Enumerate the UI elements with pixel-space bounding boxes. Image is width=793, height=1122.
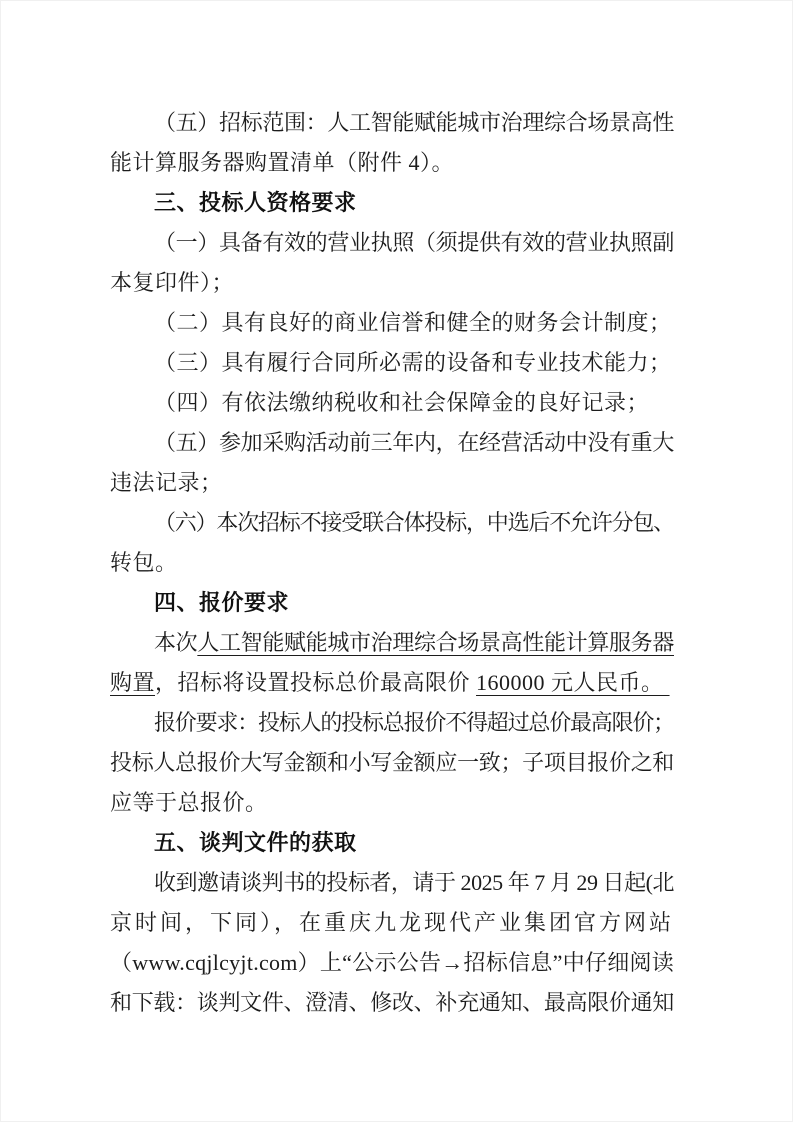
qualification-5-line-1: （五）参加采购活动前三年内，在经营活动中没有重大 — [110, 423, 674, 463]
document-obtain-text-1: 收到邀请谈判书的投标者，请于 2025 年 7 月 29 日起(北 — [154, 870, 674, 895]
tender-scope-text-1: （五）招标范围：人工智能赋能城市治理综合场景高性 — [154, 110, 674, 135]
section4-heading: 四、报价要求 — [110, 583, 674, 623]
price-limit-line-2: 购置，招标将设置投标总价最高限价 160000 元人民币。 — [110, 663, 674, 703]
price-limit-middle: ，招标将设置投标总价最高限价 — [155, 670, 476, 695]
document-body: （五）招标范围：人工智能赋能城市治理综合场景高性 能计算服务器购置清单（附件 4… — [110, 103, 674, 1023]
qualification-4-line: （四）有依法缴纳税收和社会保障金的良好记录； — [110, 383, 674, 423]
tender-scope-line-2: 能计算服务器购置清单（附件 4）。 — [110, 143, 674, 183]
qualification-2-line: （二）具有良好的商业信誉和健全的财务会计制度； — [110, 303, 674, 343]
document-obtain-line-1: 收到邀请谈判书的投标者，请于 2025 年 7 月 29 日起(北 — [110, 863, 674, 903]
qualification-1-line-1: （一）具备有效的营业执照（须提供有效的营业执照副 — [110, 223, 674, 263]
qualification-6-text-2: 转包。 — [110, 550, 178, 575]
document-obtain-line-4: 和下载：谈判文件、澄清、修改、补充通知、最高限价通知 — [110, 983, 674, 1023]
tender-scope-text-2: 能计算服务器购置清单（附件 4）。 — [110, 150, 454, 175]
qualification-5-line-2: 违法记录； — [110, 463, 674, 503]
quote-requirement-text-1: 报价要求：投标人的投标总报价不得超过总价最高限价； — [154, 710, 674, 735]
qualification-1-text-1: （一）具备有效的营业执照（须提供有效的营业执照副 — [154, 230, 674, 255]
document-obtain-line-3: （www.cqjlcyjt.com）上“公示公告→招标信息”中仔细阅读 — [110, 943, 674, 983]
quote-requirement-line-2: 投标人总报价大写金额和小写金额应一致；子项目报价之和 — [110, 743, 674, 783]
document-page: （五）招标范围：人工智能赋能城市治理综合场景高性 能计算服务器购置清单（附件 4… — [0, 0, 793, 1122]
quote-requirement-line-1: 报价要求：投标人的投标总报价不得超过总价最高限价； — [110, 703, 674, 743]
qualification-3-text: （三）具有履行合同所必需的设备和专业技术能力； — [154, 350, 672, 375]
project-name-underlined-cont: 购置 — [110, 670, 155, 695]
quote-requirement-text-2: 投标人总报价大写金额和小写金额应一致；子项目报价之和 — [110, 750, 674, 775]
document-obtain-line-2: 京时间，下同），在重庆九龙现代产业集团官方网站 — [110, 903, 674, 943]
qualification-1-line-2: 本复印件）； — [110, 263, 674, 303]
qualification-2-text: （二）具有良好的商业信誉和健全的财务会计制度； — [154, 310, 672, 335]
tender-scope-line-1: （五）招标范围：人工智能赋能城市治理综合场景高性 — [110, 103, 674, 143]
price-limit-prefix: 本次 — [154, 630, 197, 655]
quote-requirement-line-3: 应等于总报价。 — [110, 783, 674, 823]
document-obtain-text-4: 和下载：谈判文件、澄清、修改、补充通知、最高限价通知 — [110, 990, 674, 1015]
qualification-4-text: （四）有依法缴纳税收和社会保障金的良好记录； — [154, 390, 649, 415]
section3-heading: 三、投标人资格要求 — [110, 183, 674, 223]
price-limit-text-2: 购置，招标将设置投标总价最高限价 160000 元人民币。 — [110, 670, 670, 695]
price-limit-text-1: 本次人工智能赋能城市治理综合场景高性能计算服务器 — [154, 630, 674, 655]
max-price-underlined: 160000 元人民币。 — [476, 670, 670, 695]
project-name-underlined: 人工智能赋能城市治理综合场景高性能计算服务器 — [197, 630, 674, 655]
qualification-6-text-1: （六）本次招标不接受联合体投标，中选后不允许分包、 — [154, 510, 674, 535]
qualification-5-text-1: （五）参加采购活动前三年内，在经营活动中没有重大 — [154, 430, 674, 455]
section4-heading-text: 四、报价要求 — [154, 590, 289, 615]
qualification-6-line-1: （六）本次招标不接受联合体投标，中选后不允许分包、 — [110, 503, 674, 543]
qualification-1-text-2: 本复印件）； — [110, 270, 234, 295]
section5-heading-text: 五、谈判文件的获取 — [154, 830, 357, 855]
qualification-6-line-2: 转包。 — [110, 543, 674, 583]
document-obtain-text-3: （www.cqjlcyjt.com）上“公示公告→招标信息”中仔细阅读 — [110, 950, 674, 975]
qualification-3-line: （三）具有履行合同所必需的设备和专业技术能力； — [110, 343, 674, 383]
section3-heading-text: 三、投标人资格要求 — [154, 190, 357, 215]
document-obtain-text-2: 京时间，下同），在重庆九龙现代产业集团官方网站 — [110, 910, 674, 935]
price-limit-line-1: 本次人工智能赋能城市治理综合场景高性能计算服务器 — [110, 623, 674, 663]
section5-heading: 五、谈判文件的获取 — [110, 823, 674, 863]
quote-requirement-text-3: 应等于总报价。 — [110, 790, 268, 815]
qualification-5-text-2: 违法记录； — [110, 470, 223, 495]
